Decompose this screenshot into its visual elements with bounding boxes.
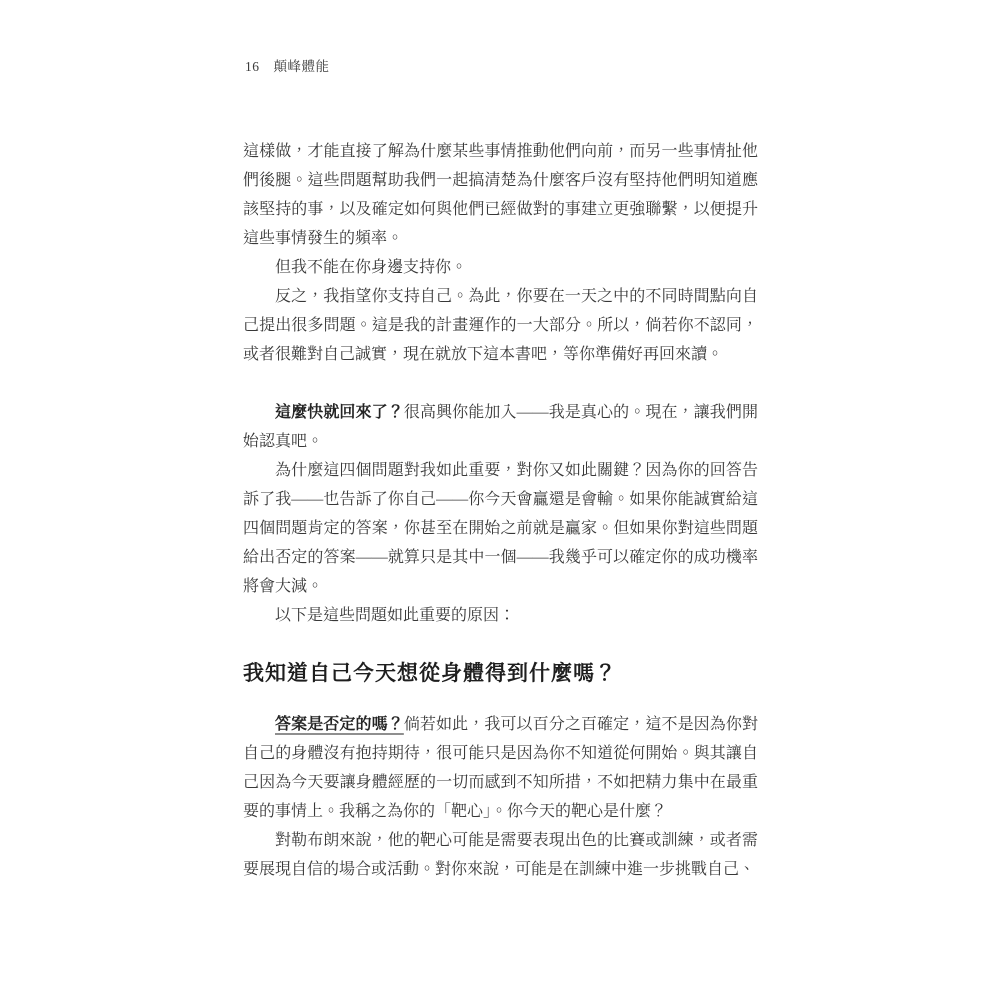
body-text-block: 這樣做，才能直接了解為什麼某些事情推動他們向前，而另一些事情扯他們後腿。這些問題…: [243, 137, 758, 884]
book-title: 顛峰體能: [274, 59, 330, 74]
paragraph: 以下是這些問題如此重要的原因：: [243, 601, 758, 630]
paragraph: 對勒布朗來說，他的靶心可能是需要表現出色的比賽或訓練，或者需要展現自信的場合或活…: [243, 826, 758, 884]
paragraph: 為什麼這四個問題對我如此重要，對你又如此關鍵？因為你的回答告訴了我——也告訴了你…: [243, 456, 758, 601]
paragraph: 這麼快就回來了？很高興你能加入——我是真心的。現在，讓我們開始認真吧。: [243, 398, 758, 456]
page-number: 16: [245, 59, 260, 75]
paragraph-bold-underlined-lead: 答案是否定的嗎？: [275, 716, 404, 733]
running-header: 16顛峰體能: [245, 55, 330, 75]
section-heading: 我知道自己今天想從身體得到什麼嗎？: [243, 657, 758, 689]
paragraph-bold-lead: 這麼快就回來了？: [275, 404, 404, 421]
paragraph: 反之，我指望你支持自己。為此，你要在一天之中的不同時間點向自己提出很多問題。這是…: [243, 282, 758, 369]
paragraph: 答案是否定的嗎？倘若如此，我可以百分之百確定，這不是因為你對自己的身體沒有抱持期…: [243, 710, 758, 826]
paragraph: 但我不能在你身邊支持你。: [243, 253, 758, 282]
book-page: 16顛峰體能 這樣做，才能直接了解為什麼某些事情推動他們向前，而另一些事情扯他們…: [0, 0, 1000, 1000]
paragraph: 這樣做，才能直接了解為什麼某些事情推動他們向前，而另一些事情扯他們後腿。這些問題…: [243, 137, 758, 253]
